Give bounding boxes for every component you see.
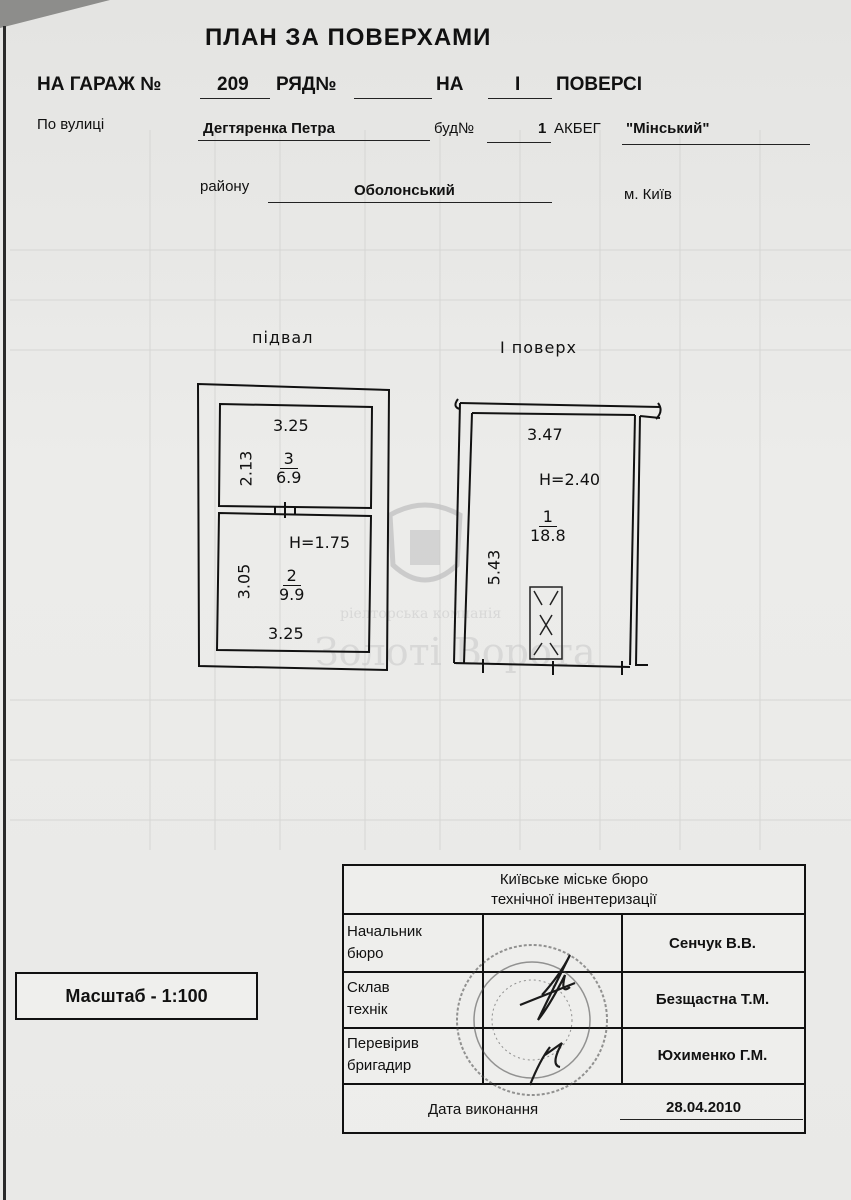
room1-depth: 5.43 (484, 550, 503, 586)
room1-width: 3.47 (527, 425, 563, 444)
date-underline (620, 1119, 803, 1120)
role-label: Начальник бюро (347, 921, 422, 965)
room1-number: 1 (539, 508, 557, 527)
page-title: ПЛАН ЗА ПОВЕРХАМИ (205, 24, 491, 52)
coop-value: "Мінський" (626, 120, 709, 137)
date-value: 28.04.2010 (666, 1099, 741, 1116)
district-value: Оболонський (354, 182, 455, 199)
room2-depth: 3.05 (234, 564, 253, 600)
building-underline (487, 142, 551, 143)
official-name: Сенчук В.В. (621, 915, 804, 971)
building-label: буд№ (434, 120, 474, 137)
role-label: Перевірив бригадир (347, 1033, 419, 1077)
first-floor-label: I поверх (500, 338, 577, 357)
role-label: Склав технік (347, 977, 390, 1021)
scale-box: Масштаб - 1:100 (15, 972, 258, 1020)
district-underline (268, 202, 552, 203)
row-underline (354, 98, 432, 99)
room2-area: 9.9 (279, 585, 304, 604)
room1-area: 18.8 (530, 526, 566, 545)
garage-label: НА ГАРАЖ № (37, 74, 161, 96)
floor-suffix: ПОВЕРСІ (556, 74, 642, 96)
basement-label: підвал (252, 328, 313, 347)
official-seal-stamp (450, 935, 620, 1105)
photo-corner-shadow (0, 0, 110, 28)
bureau-header: Київське міське бюро технічної інвентери… (344, 866, 804, 915)
room2-number: 2 (283, 567, 301, 586)
row-label: РЯД№ (276, 74, 337, 96)
room2-width: 3.25 (268, 624, 304, 643)
official-name: Юхименко Г.М. (621, 1027, 804, 1083)
room3-label: 3 6.9 (276, 450, 301, 487)
street-value: Дегтяренка Петра (203, 120, 335, 137)
room3-number: 3 (280, 450, 298, 469)
building-value: 1 (538, 120, 546, 137)
room2-height: H=1.75 (289, 533, 350, 552)
room1-height: H=2.40 (539, 470, 600, 489)
garage-number: 209 (217, 74, 249, 96)
room1-label: 1 18.8 (530, 508, 566, 545)
paper-edge (3, 26, 6, 1200)
room2-label: 2 9.9 (279, 567, 304, 604)
street-label: По вулиці (37, 116, 104, 133)
floor-value: I (515, 74, 520, 96)
coop-label: АКБЕГ (554, 120, 601, 137)
coop-underline (622, 144, 810, 145)
room3-width: 3.25 (273, 416, 309, 435)
garage-number-underline (200, 98, 270, 99)
district-label: району (200, 178, 249, 195)
floor-prefix: НА (436, 74, 463, 96)
official-name: Безщастна Т.М. (621, 971, 804, 1027)
city: м. Київ (624, 186, 672, 203)
room3-depth: 2.13 (236, 451, 255, 487)
floor-underline (488, 98, 552, 99)
street-underline (198, 140, 430, 141)
room3-area: 6.9 (276, 468, 301, 487)
